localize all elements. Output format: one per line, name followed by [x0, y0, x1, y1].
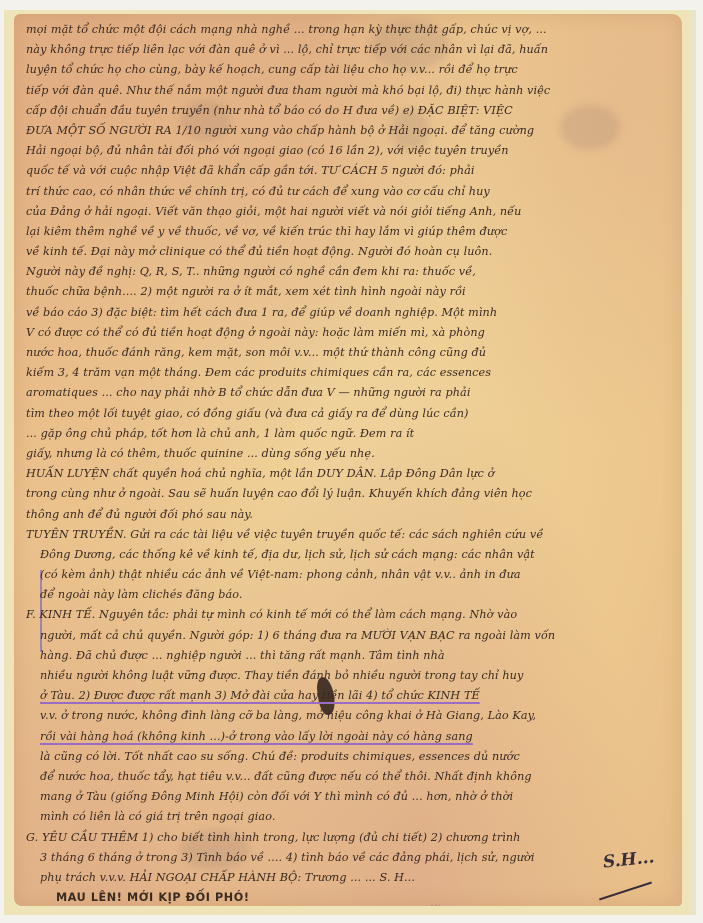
text-line: luyện tổ chức họ cho cùng, bày kế hoạch,…: [26, 60, 666, 80]
text-line: tìm theo một lối tuyệt giao, có đồng giấ…: [26, 404, 666, 424]
text-line: cấp đội chuẩn đầu tuyên truyền (như nhà …: [26, 101, 666, 121]
text-line: mình có liên là có giá trị trên ngoại gi…: [26, 807, 666, 827]
text-line: thuốc chữa bệnh.... 2) một người ra ở ít…: [26, 282, 666, 302]
text-line: Hải ngoại bộ, đủ nhân tài đối phó với ng…: [26, 141, 666, 161]
text-line: (có kèm ảnh) thật nhiều các ảnh về Việt-…: [26, 565, 666, 585]
text-line: 3 tháng 6 tháng ở trong 3) Tình báo về .…: [26, 848, 666, 868]
text-line: aromatiques ... cho nay phải nhờ B tổ ch…: [26, 383, 666, 403]
faded-purple-stamp: ...: [430, 895, 441, 909]
section-kinh-te: F. KINH TẾ. Nguyên tắc: phải tự mình có …: [26, 605, 666, 625]
handwritten-body: mọi mặt tổ chức một đội cách mạng nhà ng…: [26, 20, 666, 908]
text-line: là cũng có lời. Tốt nhất cao su sống. Ch…: [26, 747, 666, 767]
text-line: ĐƯA MỘT SỐ NGƯỜI RA 1/10 người xung vào …: [26, 124, 534, 137]
text-line: trong cùng như ở ngoài. Sau sẽ huấn luyệ…: [26, 484, 666, 504]
text-line: quốc tế và với cuộc nhập Việt đã khẩn cấ…: [26, 161, 666, 181]
text-line: trí thức cao, có nhân thức về chính trị,…: [26, 182, 666, 202]
text-line: người, mất cả chủ quyền. Người góp: 1) 6…: [26, 626, 666, 646]
section-tuyen-truyen: TUYÊN TRUYỀN. Gửi ra các tài liệu về việ…: [26, 525, 666, 545]
text-line: để nước hoa, thuốc tẩy, hạt tiêu v.v... …: [26, 767, 666, 787]
closing-exhortation: MAU LÊN! MỚI KỊP ĐỐI PHÓ!: [26, 888, 666, 908]
text-line: hàng. Đã chủ được ... nghiệp người ... t…: [26, 646, 666, 666]
text-line-signoff: phụ trách v.v.v. HẢI NGOẠI CHẤP HÀNH BỘ:…: [26, 868, 666, 888]
text-line: của Đảng ở hải ngoại. Viết văn thạo giỏi…: [26, 202, 666, 222]
text-line: về báo cáo 3) đặc biệt: tìm hết cách đưa…: [26, 303, 666, 323]
text-line: mang ở Tàu (giống Đông Minh Hội) còn đối…: [26, 787, 666, 807]
text-line-special: ĐƯA MỘT SỐ NGƯỜI RA 1/10 người xung vào …: [26, 121, 666, 141]
section-yeu-cau-them: G. YÊU CẦU THÊM 1) cho biết tình hình tr…: [26, 828, 666, 848]
text-line: v.v. ở trong nước, không đình làng cỡ ba…: [26, 706, 666, 726]
text-line: Người này đề nghị: Q, R, S, T.. những ng…: [26, 262, 666, 282]
text-line: để ngoài này làm clichés đăng báo.: [26, 585, 666, 605]
text-line: lại kiêm thêm nghề về y về thuốc, về vơ,…: [26, 222, 666, 242]
text-line: về kinh tế. Đại này mở clinique có thể đ…: [26, 242, 666, 262]
text-line: mọi mặt tổ chức một đội cách mạng nhà ng…: [26, 20, 666, 40]
text-line: thông anh để đủ người đối phó sau này.: [26, 505, 666, 525]
text-line: giấy, nhưng là có thêm, thuốc quinine ..…: [26, 444, 666, 464]
text-line: tiếp với đàn quê. Như thế nắm một người …: [26, 81, 666, 101]
section-huan-luyen: HUẤN LUYỆN chất quyền hoá chủ nghĩa, một…: [26, 464, 666, 484]
text-line: Đông Dương, các thống kê về kinh tế, địa…: [26, 545, 666, 565]
text-line: nhiều người không luật vững được. Thay t…: [26, 666, 666, 686]
text-line: này không trực tiếp liên lạc với đàn quê…: [26, 40, 666, 60]
text-line: ... gặp ông chủ pháp, tốt hơn là chủ anh…: [26, 424, 666, 444]
text-line: nước hoa, thuốc đánh răng, kem mặt, son …: [26, 343, 666, 363]
text-line-underlined: ở Tàu. 2) Được được rất mạnh 3) Mở đài c…: [26, 686, 666, 706]
text-line-underlined: rồi vài hàng hoá (không kinh ...)-ở tron…: [26, 727, 666, 747]
text-line: kiếm 3, 4 trăm vạn một tháng. Đem các pr…: [26, 363, 666, 383]
text-line: V có được có thể có đủ tiền hoạt động ở …: [26, 323, 666, 343]
